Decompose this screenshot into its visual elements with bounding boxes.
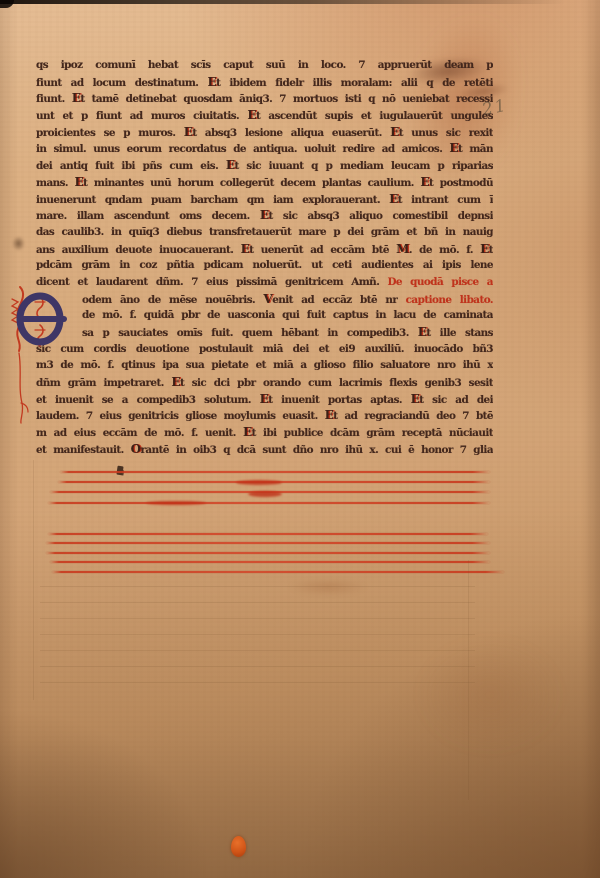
- stave-ink-blob: [236, 480, 282, 485]
- line-text: t mān: [458, 143, 493, 155]
- faint-ruling-line: [40, 618, 475, 619]
- stave-line: [50, 561, 490, 563]
- rubricated-capital: E: [325, 408, 334, 422]
- manuscript-line: sa p sauciates omīs fuit. quem hēbant in…: [82, 324, 493, 341]
- line-text: enit ad eccāz btē nr: [272, 294, 405, 306]
- line-text: t ibi publice dcām grām receptā nūciauit: [252, 427, 493, 439]
- manuscript-line: das caulib3. in quīq3 diebus transfretau…: [36, 224, 493, 241]
- line-text: m3 de mō. f. qtinus ipa sua pietate et m…: [36, 359, 493, 371]
- rubricated-capital: E: [241, 242, 250, 256]
- line-text: t postmodū: [429, 177, 493, 189]
- stave-ink-blob: [146, 501, 206, 505]
- rubricated-capital: E: [75, 175, 84, 189]
- manuscript-line: odem āno de mēse nouēbris. Venit ad eccā…: [82, 291, 493, 308]
- faint-ruling-line: [40, 634, 475, 635]
- faint-ruling-line: [40, 682, 475, 683]
- rubricated-capital: E: [389, 192, 398, 206]
- line-text: mans.: [36, 177, 75, 189]
- manuscript-line: dicent et laudarent dñm. 7 eius pissimā …: [36, 274, 493, 291]
- line-text: t unus sic rexit: [399, 127, 493, 139]
- line-text: t inuenit portas aptas.: [268, 394, 410, 406]
- manuscript-line: sic cum cordis deuotione postulauit miā …: [36, 341, 493, 358]
- line-text: pdcām grām in coz pñtia pdicam noluerūt.…: [36, 259, 493, 271]
- rubricated-capital: O: [131, 442, 141, 456]
- line-text: t uenerūt ad eccām btē: [249, 244, 396, 256]
- line-text: laudem. 7 eius genitricis gliose moylumi…: [36, 410, 325, 422]
- manuscript-line: laudem. 7 eius genitricis gliose moylumi…: [36, 407, 493, 424]
- manuscript-line: in simul. unus eorum recordatus de antiq…: [36, 140, 493, 157]
- line-text: ans auxilium deuote inuocauerant.: [36, 244, 241, 256]
- line-text: t intrant cum ī: [398, 194, 493, 206]
- line-text: qs ipoz comunī hebat scīs caput suū in l…: [36, 59, 493, 71]
- rubricated-capital: E: [390, 125, 399, 139]
- line-text: et inuenit se a compedib3 solutum.: [36, 394, 260, 406]
- rubricated-capital: E: [480, 242, 489, 256]
- line-text: t: [489, 244, 493, 256]
- photo-corner: [0, 0, 14, 8]
- rubricated-capital: E: [449, 141, 458, 155]
- line-text: m ad eius eccām de mō. f. uenit.: [36, 427, 243, 439]
- stain-left-margin: [12, 236, 25, 251]
- line-text: t sic iuuant q p mediam leucam p riparia…: [234, 160, 493, 172]
- line-text: t ad regraciandū deo 7 btē: [333, 410, 493, 422]
- manuscript-line: ans auxilium deuote inuocauerant. Et uen…: [36, 241, 493, 258]
- line-text: fiunt.: [36, 93, 72, 105]
- rubricated-capital: E: [171, 375, 180, 389]
- stain-mid-page: [288, 578, 368, 596]
- rubricated-capital: E: [247, 108, 256, 122]
- manuscript-line: inuenerunt qndam puam barcham qm iam exp…: [36, 191, 493, 208]
- illuminated-initial-E: [6, 283, 68, 425]
- rubric-text: De quodā pisce a: [387, 276, 493, 288]
- manuscript-line: unt et p fiunt ad muros ciuitatis. Et as…: [36, 107, 493, 124]
- manuscript-line: de mō. f. quidā pbr de uasconia qui fuit…: [82, 307, 493, 324]
- stave-line: [52, 571, 504, 573]
- faint-ruling-line: [40, 666, 475, 667]
- line-text: dicent et laudarent dñm. 7 eius pissimā …: [36, 276, 387, 288]
- rubricated-capital: E: [411, 392, 420, 406]
- faint-ruling-line: [40, 602, 475, 603]
- rubricated-capital: M: [396, 242, 409, 256]
- stave-line: [48, 533, 488, 535]
- stave-line: [46, 552, 490, 554]
- stain-lower-right: [420, 640, 560, 750]
- line-text: t minantes unū horum collegerūt decem pl…: [83, 177, 420, 189]
- line-text: unt et p fiunt ad muros ciuitatis.: [36, 110, 247, 122]
- line-text: rantē in oib3 q dcā sunt dño nro ihū x. …: [141, 444, 494, 456]
- manuscript-line: et manifestauit. Orantē in oib3 q dcā su…: [36, 441, 493, 458]
- faint-ruling-vertical: [33, 460, 34, 700]
- manuscript-line: m ad eius eccām de mō. f. uenit. Et ibi …: [36, 424, 493, 441]
- rubric-text: captione libato.: [406, 294, 493, 306]
- line-text: de mō. f. quidā pbr de uasconia qui fuit…: [82, 309, 493, 321]
- line-text: proicientes se p muros.: [36, 127, 184, 139]
- line-text: sic cum cordis deuotione postulauit miā …: [36, 343, 493, 355]
- manuscript-line: fiunt ad locum destinatum. Et ibidem fid…: [36, 74, 493, 91]
- rubricated-capital: E: [243, 425, 252, 439]
- wax-drop: [231, 836, 246, 857]
- line-text: odem āno de mēse nouēbris.: [82, 294, 263, 306]
- stave-line: [46, 542, 490, 544]
- manuscript-line: dñm grām impetraret. Et sic dci pbr oran…: [36, 374, 493, 391]
- line-text: et manifestauit.: [36, 444, 131, 456]
- manuscript-line: dei antiq fuit ibi pñs cum eis. Et sic i…: [36, 157, 493, 174]
- line-text: sa p sauciates omīs fuit. quem hēbant in…: [82, 327, 418, 339]
- line-text: . de mō. f.: [409, 244, 480, 256]
- rubricated-capital: E: [420, 175, 429, 189]
- line-text: inuenerunt qndam puam barcham qm iam exp…: [36, 194, 389, 206]
- line-text: das caulib3. in quīq3 diebus transfretau…: [36, 226, 493, 238]
- manuscript-line: et inuenit se a compedib3 solutum. Et in…: [36, 391, 493, 408]
- line-text: dei antiq fuit ibi pñs cum eis.: [36, 160, 226, 172]
- text-block: qs ipoz comunī hebat scīs caput suū in l…: [36, 57, 493, 458]
- line-text: fiunt ad locum destinatum.: [36, 77, 207, 89]
- manuscript-line: mans. Et minantes unū horum collegerūt d…: [36, 174, 493, 191]
- manuscript-line: mare. illam ascendunt oms decem. Et sic …: [36, 207, 493, 224]
- rubricated-capital: E: [260, 392, 269, 406]
- faint-ruling-vertical: [468, 560, 469, 800]
- manuscript-line: proicientes se p muros. Et absq3 lesione…: [36, 124, 493, 141]
- manuscript-line: fiunt. Et tamē detinebat quosdam āniq3. …: [36, 90, 493, 107]
- manuscript-line: qs ipoz comunī hebat scīs caput suū in l…: [36, 57, 493, 74]
- line-text: t ibidem fidelr illis moralam: alii q de…: [216, 77, 493, 89]
- rubricated-capital: V: [263, 292, 272, 306]
- manuscript-line: pdcām grām in coz pñtia pdicam noluerūt.…: [36, 257, 493, 274]
- line-text: t ascendūt supis et iugulauerūt ungules: [256, 110, 493, 122]
- line-text: t sic dci pbr orando cum lacrimis flexis…: [180, 377, 493, 389]
- line-text: in simul. unus eorum recordatus de antiq…: [36, 143, 449, 155]
- line-text: t ille stans: [426, 327, 493, 339]
- line-text: t sic absq3 aliquo comestibil depnsi: [268, 210, 493, 222]
- initial-red-filigree: [12, 287, 45, 423]
- faint-ruling-line: [40, 650, 475, 651]
- rubricated-capital: E: [207, 75, 216, 89]
- line-text: t tamē detinebat quosdam āniq3. 7 mortuo…: [80, 93, 493, 105]
- photo-top-edge: [0, 0, 565, 4]
- manuscript-page: 21 qs ipoz comunī hebat scīs caput suū i…: [0, 0, 600, 878]
- line-text: t sic ad dei: [419, 394, 493, 406]
- stave-line: [60, 471, 490, 473]
- faint-ruling-line: [40, 586, 475, 587]
- line-text: t absq3 lesione aliqua euaserūt.: [192, 127, 390, 139]
- stave-ink-blob: [248, 491, 282, 497]
- manuscript-line: m3 de mō. f. qtinus ipa sua pietate et m…: [36, 357, 493, 374]
- stave-line: [48, 502, 490, 504]
- line-text: mare. illam ascendunt oms decem.: [36, 210, 260, 222]
